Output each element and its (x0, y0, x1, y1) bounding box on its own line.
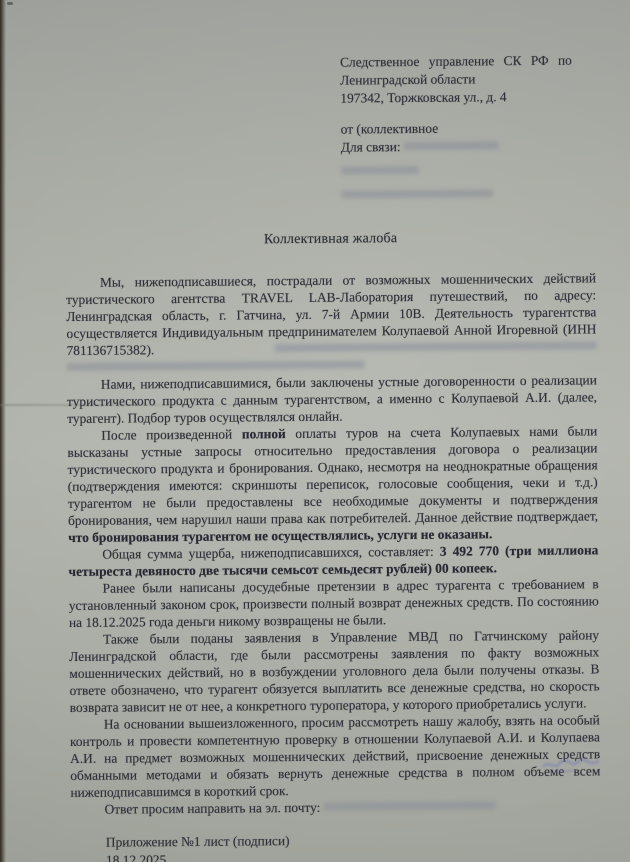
contact-phone-redacted (341, 166, 419, 175)
contact-redacted-lines (341, 160, 595, 204)
paragraph: После произведенной полной оплаты туров … (67, 422, 598, 546)
paragraph: Ответ просим направить на эл. почту: (71, 796, 601, 818)
recipient-line: Следственное управление СК РФ по (340, 51, 594, 71)
recipient-address-block: Следственное управление СК РФ поЛенингра… (340, 51, 594, 107)
closing-block: Приложение №1 лист (подписи)18.12.2025 (106, 829, 601, 862)
contact-label: Для связи: (341, 139, 401, 155)
sender-block: от (коллективное Для связи: (341, 118, 596, 204)
paper-speck (7, 2, 13, 5)
recipient-line: Ленинградской области (340, 69, 594, 89)
contact-email-redacted (341, 189, 493, 198)
paragraph: Также были поданы заявления в Управление… (69, 626, 600, 716)
paragraph: Общая сумма ущерба, нижеподписавшихся, с… (68, 541, 598, 580)
ink-scribble-mark (540, 755, 602, 777)
document-photo: Следственное управление СК РФ поЛенингра… (0, 0, 630, 862)
photo-left-edge-shadow (0, 0, 6, 862)
from-line: от (коллективное (341, 118, 595, 138)
paragraph: Нами, нижеподписавшимися, были заключены… (67, 371, 597, 427)
second-entrepreneur-redacted-2 (67, 360, 365, 371)
contact-redacted-row (341, 184, 595, 204)
reply-email-redacted (324, 801, 496, 811)
paragraph: Ранее были написаны досудебные претензии… (69, 575, 599, 631)
paragraph: Мы, нижеподписавшиеся, пострадали от воз… (66, 269, 597, 376)
paragraph: На основании вышеизложенного, просим рас… (70, 711, 601, 801)
contact-person-redacted (404, 141, 499, 150)
second-entrepreneur-redacted-1 (275, 341, 597, 352)
recipient-line: 197342, Торжковская ул., д. 4 (340, 87, 594, 107)
bold-text: полной (242, 426, 286, 441)
bold-text: 3 492 770 (три миллиона четыреста девяно… (68, 542, 598, 579)
contact-redacted-row (341, 160, 595, 180)
contact-line: Для связи: (341, 136, 595, 156)
document-title: Коллективная жалоба (66, 229, 596, 250)
letter-page: Следственное управление СК РФ поЛенингра… (64, 51, 601, 862)
body-paragraphs: Мы, нижеподписавшиеся, пострадали от воз… (66, 269, 601, 818)
